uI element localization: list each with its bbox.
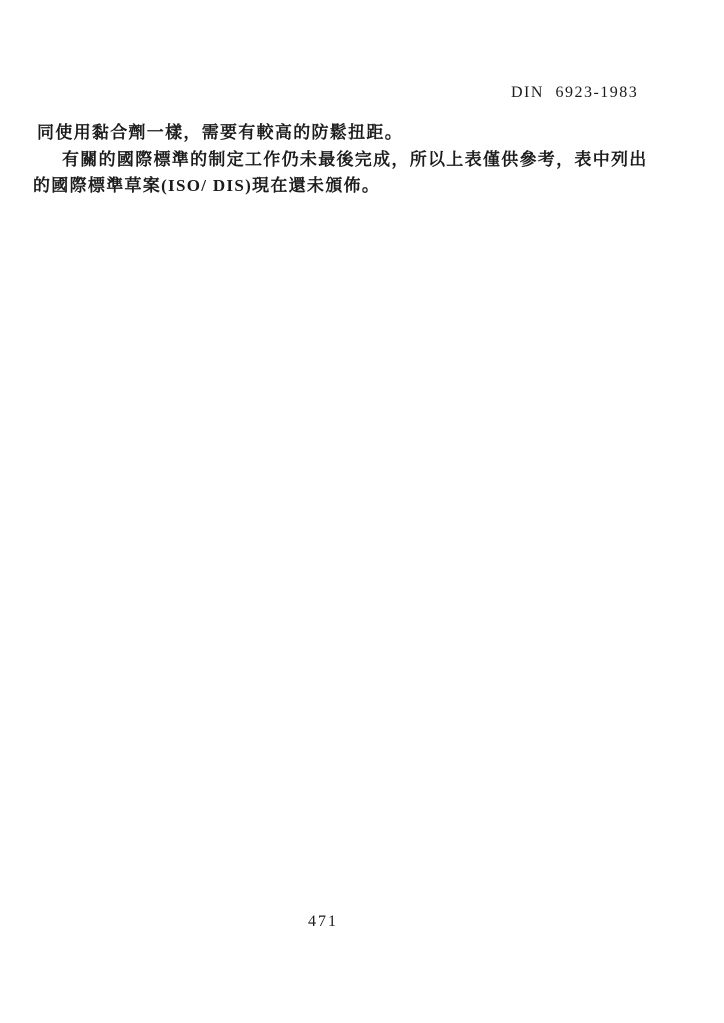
page-number: 471 — [308, 913, 338, 931]
paragraph-line-1: 同使用黏合劑一樣，需要有較高的防鬆扭距。 — [37, 118, 403, 143]
document-number: DIN 6923-1983 — [511, 84, 638, 102]
document-page: DIN 6923-1983 同使用黏合劑一樣，需要有較高的防鬆扭距。 有關的國際… — [0, 0, 724, 1023]
paragraph-line-2-indented: 有關的國際標準的制定工作仍未最後完成，所以上表僅供參考，表中列出 — [62, 145, 648, 170]
paragraph-line-3: 的國際標準草案(ISO/ DIS)現在還未頒佈。 — [33, 171, 380, 196]
